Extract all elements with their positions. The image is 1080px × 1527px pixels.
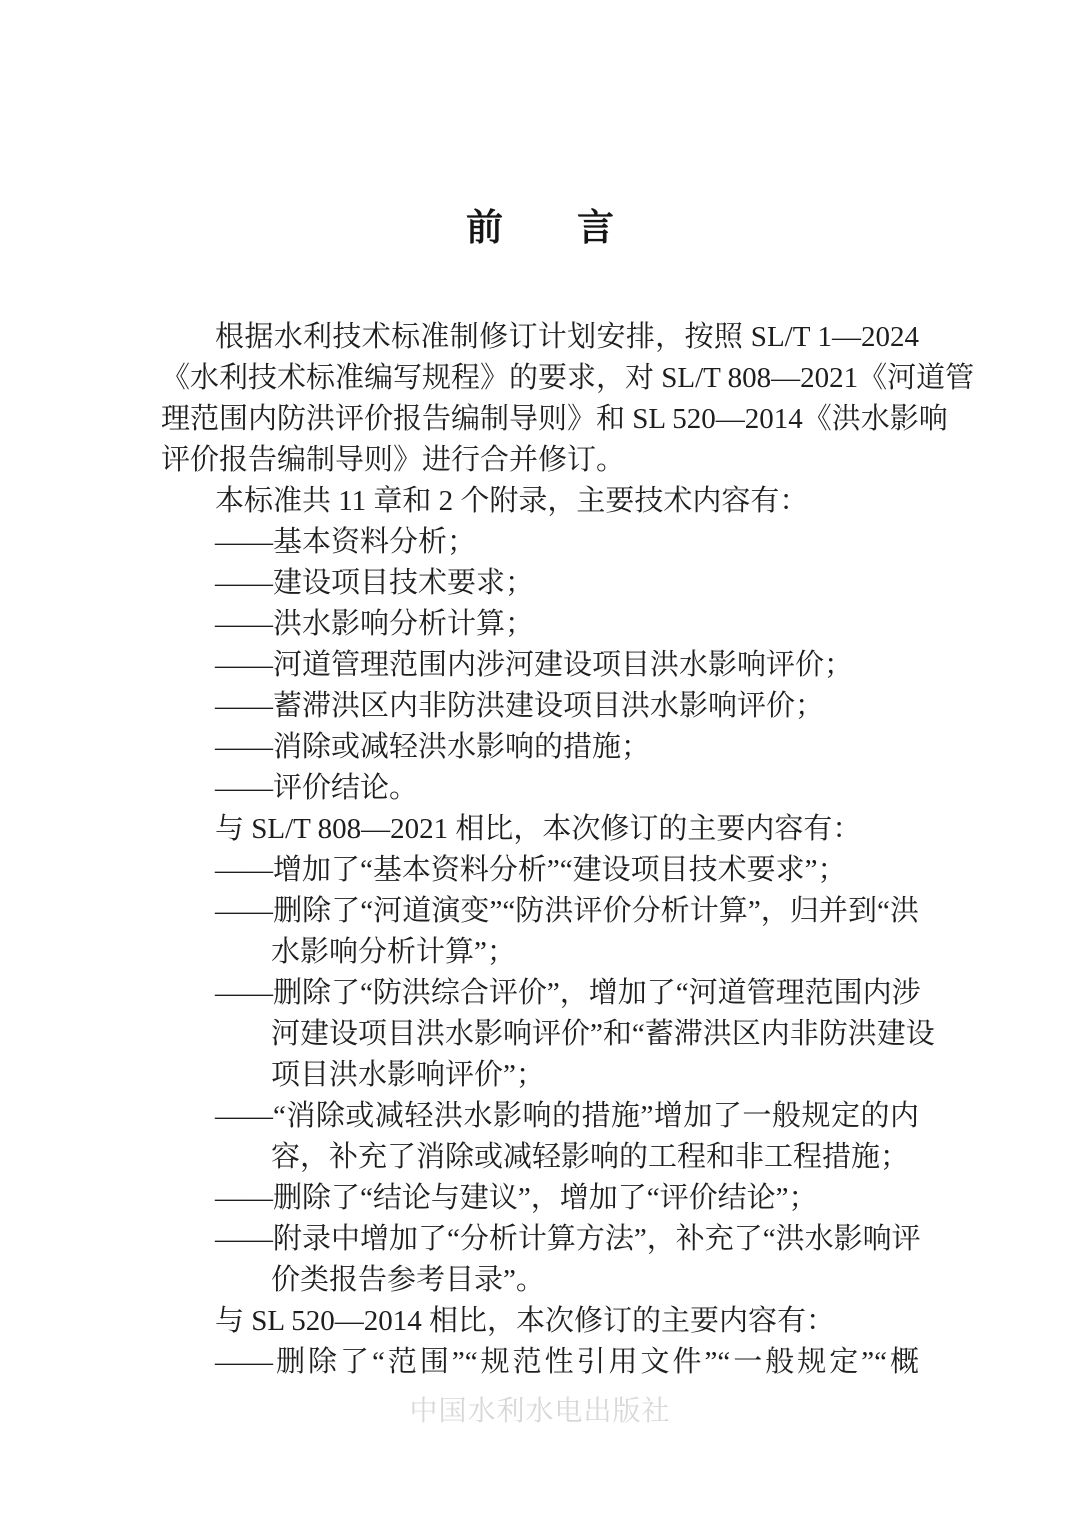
text-line: ——删除了“结论与建议”，增加了“评价结论”； bbox=[161, 1178, 919, 1219]
text-line: 理范围内防洪评价报告编制导则》和 SL 520—2014《洪水影响 bbox=[161, 399, 919, 440]
page-title: 前 言 bbox=[0, 204, 1080, 252]
text-line: ——附录中增加了“分析计算方法”，补充了“洪水影响评 bbox=[161, 1219, 919, 1260]
text-line: 根据水利技术标准制修订计划安排，按照 SL/T 1—2024 bbox=[161, 317, 919, 358]
text-line: ——“消除或减轻洪水影响的措施”增加了一般规定的内 bbox=[161, 1096, 919, 1137]
text-line: 水影响分析计算”； bbox=[161, 932, 919, 973]
text-line: 项目洪水影响评价”； bbox=[161, 1055, 919, 1096]
text-line: 河建设项目洪水影响评价”和“蓄滞洪区内非防洪建设 bbox=[161, 1014, 919, 1055]
document-page: 中国水利水电出版社 前 言 根据水利技术标准制修订计划安排，按照 SL/T 1—… bbox=[0, 0, 1080, 1527]
text-line: ——基本资料分析； bbox=[161, 522, 919, 563]
text-line: ——删除了“河道演变”“防洪评价分析计算”，归并到“洪 bbox=[161, 891, 919, 932]
text-line: ——评价结论。 bbox=[161, 768, 919, 809]
text-line: 与 SL/T 808—2021 相比，本次修订的主要内容有： bbox=[161, 809, 919, 850]
text-line: 评价报告编制导则》进行合并修订。 bbox=[161, 440, 919, 481]
text-line: ——蓄滞洪区内非防洪建设项目洪水影响评价； bbox=[161, 686, 919, 727]
text-line: ——增加了“基本资料分析”“建设项目技术要求”； bbox=[161, 850, 919, 891]
text-line: ——洪水影响分析计算； bbox=[161, 604, 919, 645]
text-line: 与 SL 520—2014 相比，本次修订的主要内容有： bbox=[161, 1301, 919, 1342]
text-line: ——删除了“范围”“规范性引用文件”“一般规定”“概 bbox=[161, 1342, 919, 1383]
text-line: ——删除了“防洪综合评价”，增加了“河道管理范围内涉 bbox=[161, 973, 919, 1014]
text-line: ——建设项目技术要求； bbox=[161, 563, 919, 604]
text-line: 价类报告参考目录”。 bbox=[161, 1260, 919, 1301]
text-line: ——消除或减轻洪水影响的措施； bbox=[161, 727, 919, 768]
text-line: ——河道管理范围内涉河建设项目洪水影响评价； bbox=[161, 645, 919, 686]
text-line: 本标准共 11 章和 2 个附录，主要技术内容有： bbox=[161, 481, 919, 522]
publisher-watermark: 中国水利水电出版社 bbox=[0, 1389, 1080, 1429]
body-lines: 根据水利技术标准制修订计划安排，按照 SL/T 1—2024《水利技术标准编写规… bbox=[161, 317, 919, 1383]
text-line: 容，补充了消除或减轻影响的工程和非工程措施； bbox=[161, 1137, 919, 1178]
text-line: 《水利技术标准编写规程》的要求，对 SL/T 808—2021《河道管 bbox=[161, 358, 919, 399]
